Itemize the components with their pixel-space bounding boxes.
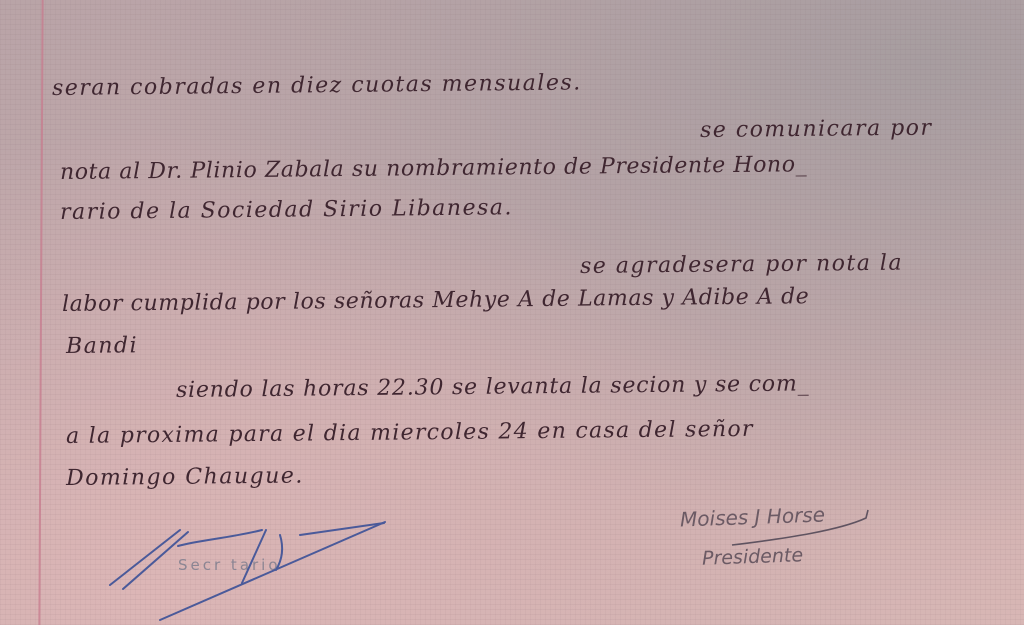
paper-page: seran cobradas en diez cuotas mensuales.…	[0, 0, 1024, 625]
secretary-signature-icon	[0, 0, 1024, 625]
